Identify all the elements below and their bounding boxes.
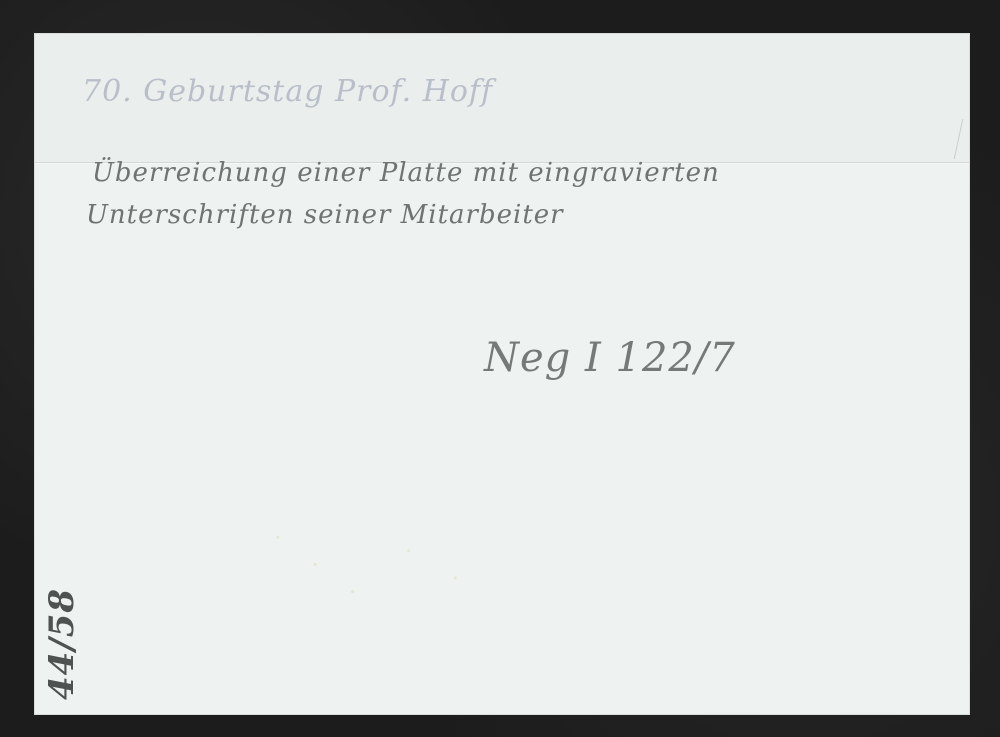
description-line-1: Überreichung einer Platte mit eingravier… [92, 158, 720, 188]
label-title-text: 70. Geburtstag Prof. Hoff [82, 74, 493, 109]
label-tear-edge [954, 119, 972, 159]
negative-reference: Neg I 122/7 [484, 335, 736, 381]
inventory-number: 44/58 [42, 588, 82, 700]
description-line-2: Unterschriften seiner Mitarbeiter [86, 200, 564, 230]
